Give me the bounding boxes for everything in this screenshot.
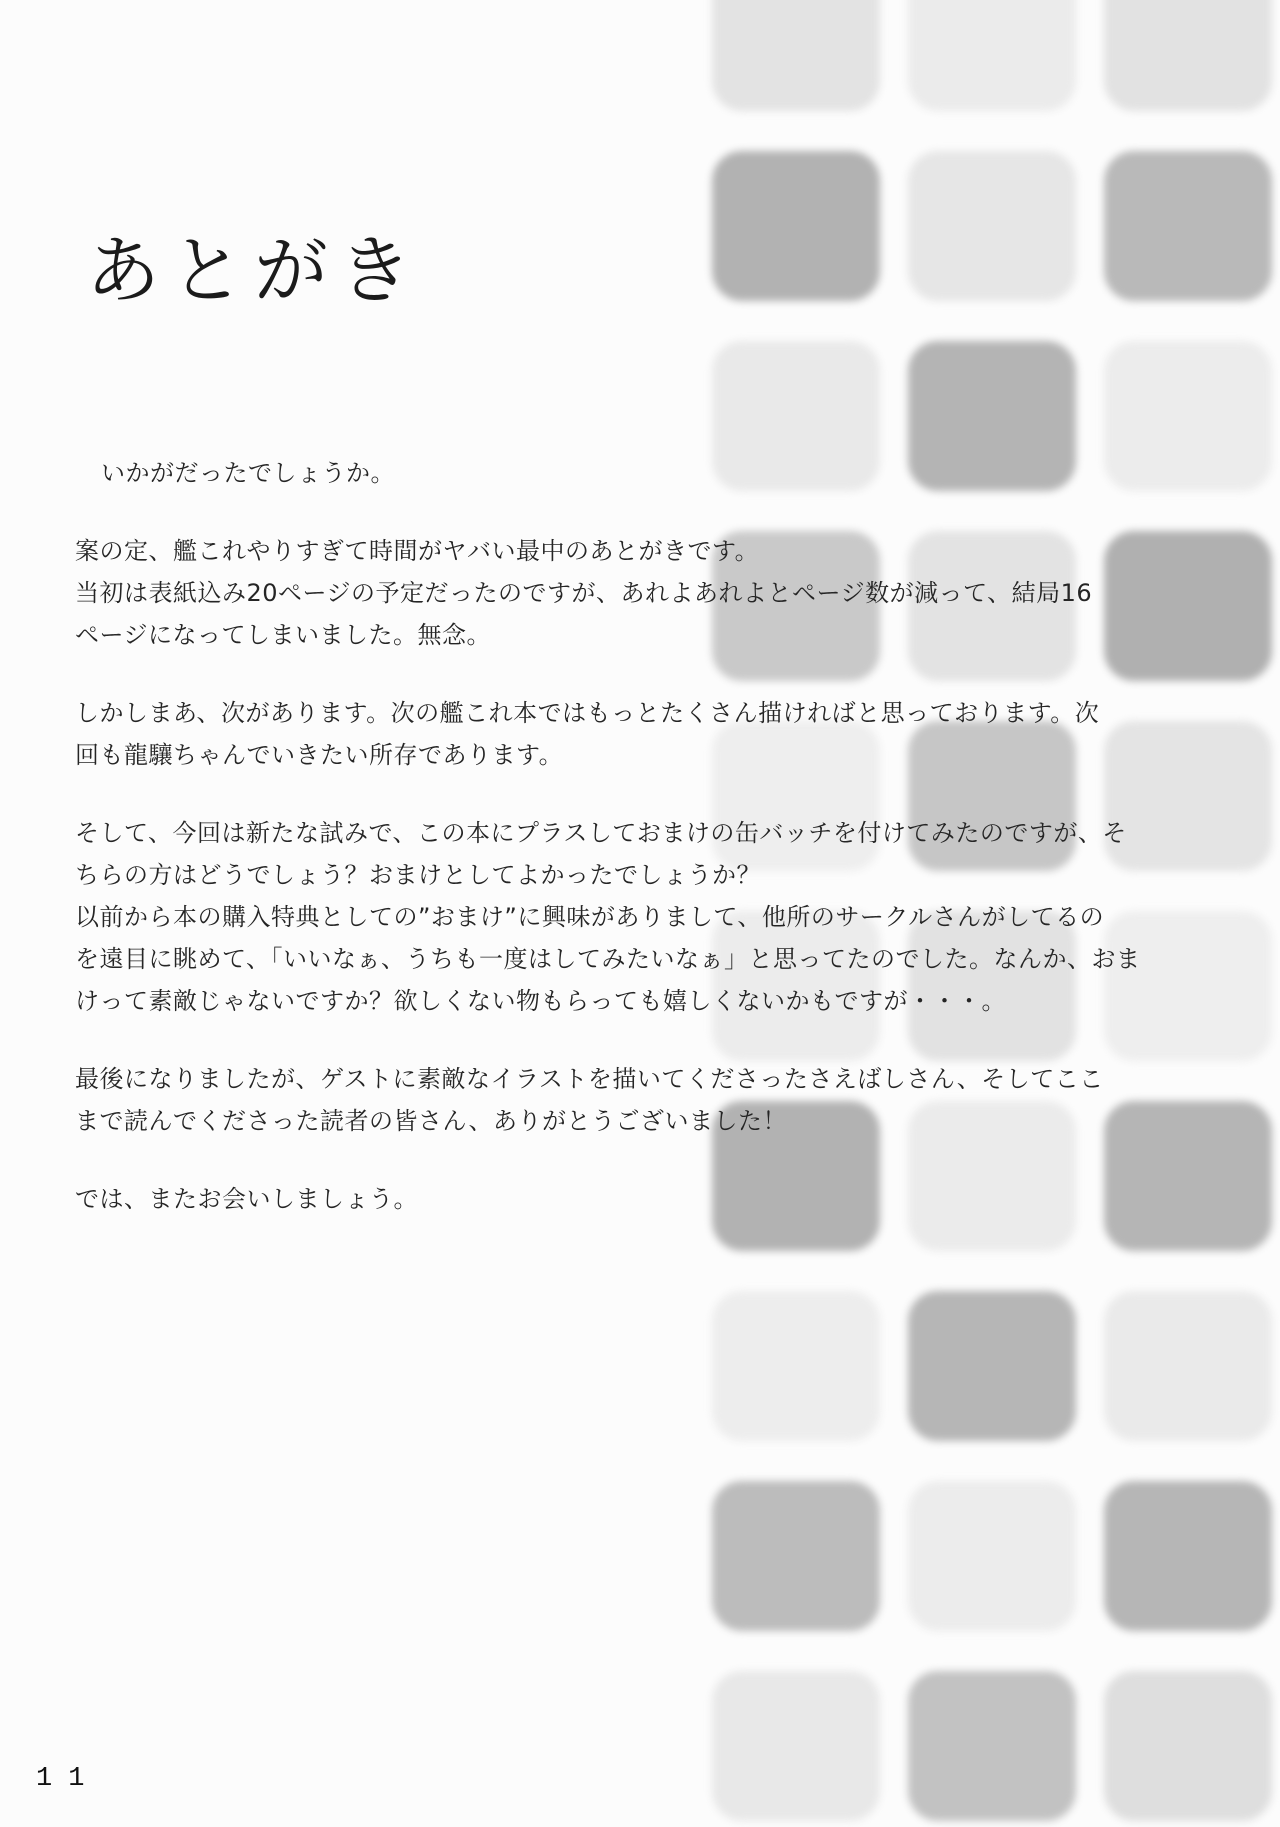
bg-square xyxy=(1104,1291,1272,1441)
text-line: まで読んでくださった読者の皆さん、ありがとうございました！ xyxy=(75,1100,1135,1142)
text-line: 最後になりましたが、ゲストに素敵なイラストを描いてくださったさえばしさん、そして… xyxy=(75,1058,1135,1100)
text-line: では、またお会いしましょう。 xyxy=(75,1178,1135,1220)
bg-square xyxy=(712,0,880,111)
bg-square xyxy=(712,151,880,301)
text-line: 当初は表紙込み20ページの予定だったのですが、あれよあれよとページ数が減って、結… xyxy=(75,572,1135,614)
bg-square xyxy=(712,1481,880,1631)
bg-square xyxy=(1104,1481,1272,1631)
bg-square xyxy=(908,0,1076,111)
text-line: そして、今回は新たな試みで、この本にプラスしておまけの缶バッチを付けてみたのです… xyxy=(75,812,1135,854)
paragraph: そして、今回は新たな試みで、この本にプラスしておまけの缶バッチを付けてみたのです… xyxy=(75,812,1135,1022)
bg-square xyxy=(1104,1671,1272,1821)
text-line: を遠目に眺めて、「いいなぁ、うちも一度はしてみたいなぁ」と思ってたのでした。なん… xyxy=(75,938,1135,980)
bg-square xyxy=(1104,151,1272,301)
bg-square xyxy=(908,1671,1076,1821)
text-line: 案の定、艦これやりすぎて時間がヤバい最中のあとがきです。 xyxy=(75,530,1135,572)
scanned-afterword-page: あとがき いかがだったでしょうか。案の定、艦これやりすぎて時間がヤバい最中のあと… xyxy=(0,0,1280,1827)
text-line: いかがだったでしょうか。 xyxy=(75,452,1135,494)
text-line: ちらの方はどうでしょう？おまけとしてよかったでしょうか？ xyxy=(75,854,1135,896)
text-line: けって素敵じゃないですか？欲しくない物もらっても嬉しくないかもですが・・・。 xyxy=(75,980,1135,1022)
page-number: 11 xyxy=(36,1764,100,1794)
bg-square xyxy=(1104,0,1272,111)
paragraph: では、またお会いしましょう。 xyxy=(75,1178,1135,1220)
text-line: しかしまあ、次があります。次の艦これ本ではもっとたくさん描ければと思っております… xyxy=(75,692,1135,734)
bg-square xyxy=(712,1671,880,1821)
afterword-text: いかがだったでしょうか。案の定、艦これやりすぎて時間がヤバい最中のあとがきです。… xyxy=(75,452,1135,1256)
bg-square xyxy=(908,1481,1076,1631)
paragraph: 最後になりましたが、ゲストに素敵なイラストを描いてくださったさえばしさん、そして… xyxy=(75,1058,1135,1142)
text-line: ページになってしまいました。無念。 xyxy=(75,614,1135,656)
page-title: あとがき xyxy=(86,212,422,318)
bg-square xyxy=(908,151,1076,301)
text-line: 回も龍驤ちゃんでいきたい所存であります。 xyxy=(75,734,1135,776)
paragraph: いかがだったでしょうか。 xyxy=(75,452,1135,494)
bg-square xyxy=(908,1291,1076,1441)
paragraph: しかしまあ、次があります。次の艦これ本ではもっとたくさん描ければと思っております… xyxy=(75,692,1135,776)
bg-square xyxy=(712,1291,880,1441)
paragraph: 案の定、艦これやりすぎて時間がヤバい最中のあとがきです。当初は表紙込み20ページ… xyxy=(75,530,1135,656)
text-line: 以前から本の購入特典としての”おまけ”に興味がありまして、他所のサークルさんがし… xyxy=(75,896,1135,938)
